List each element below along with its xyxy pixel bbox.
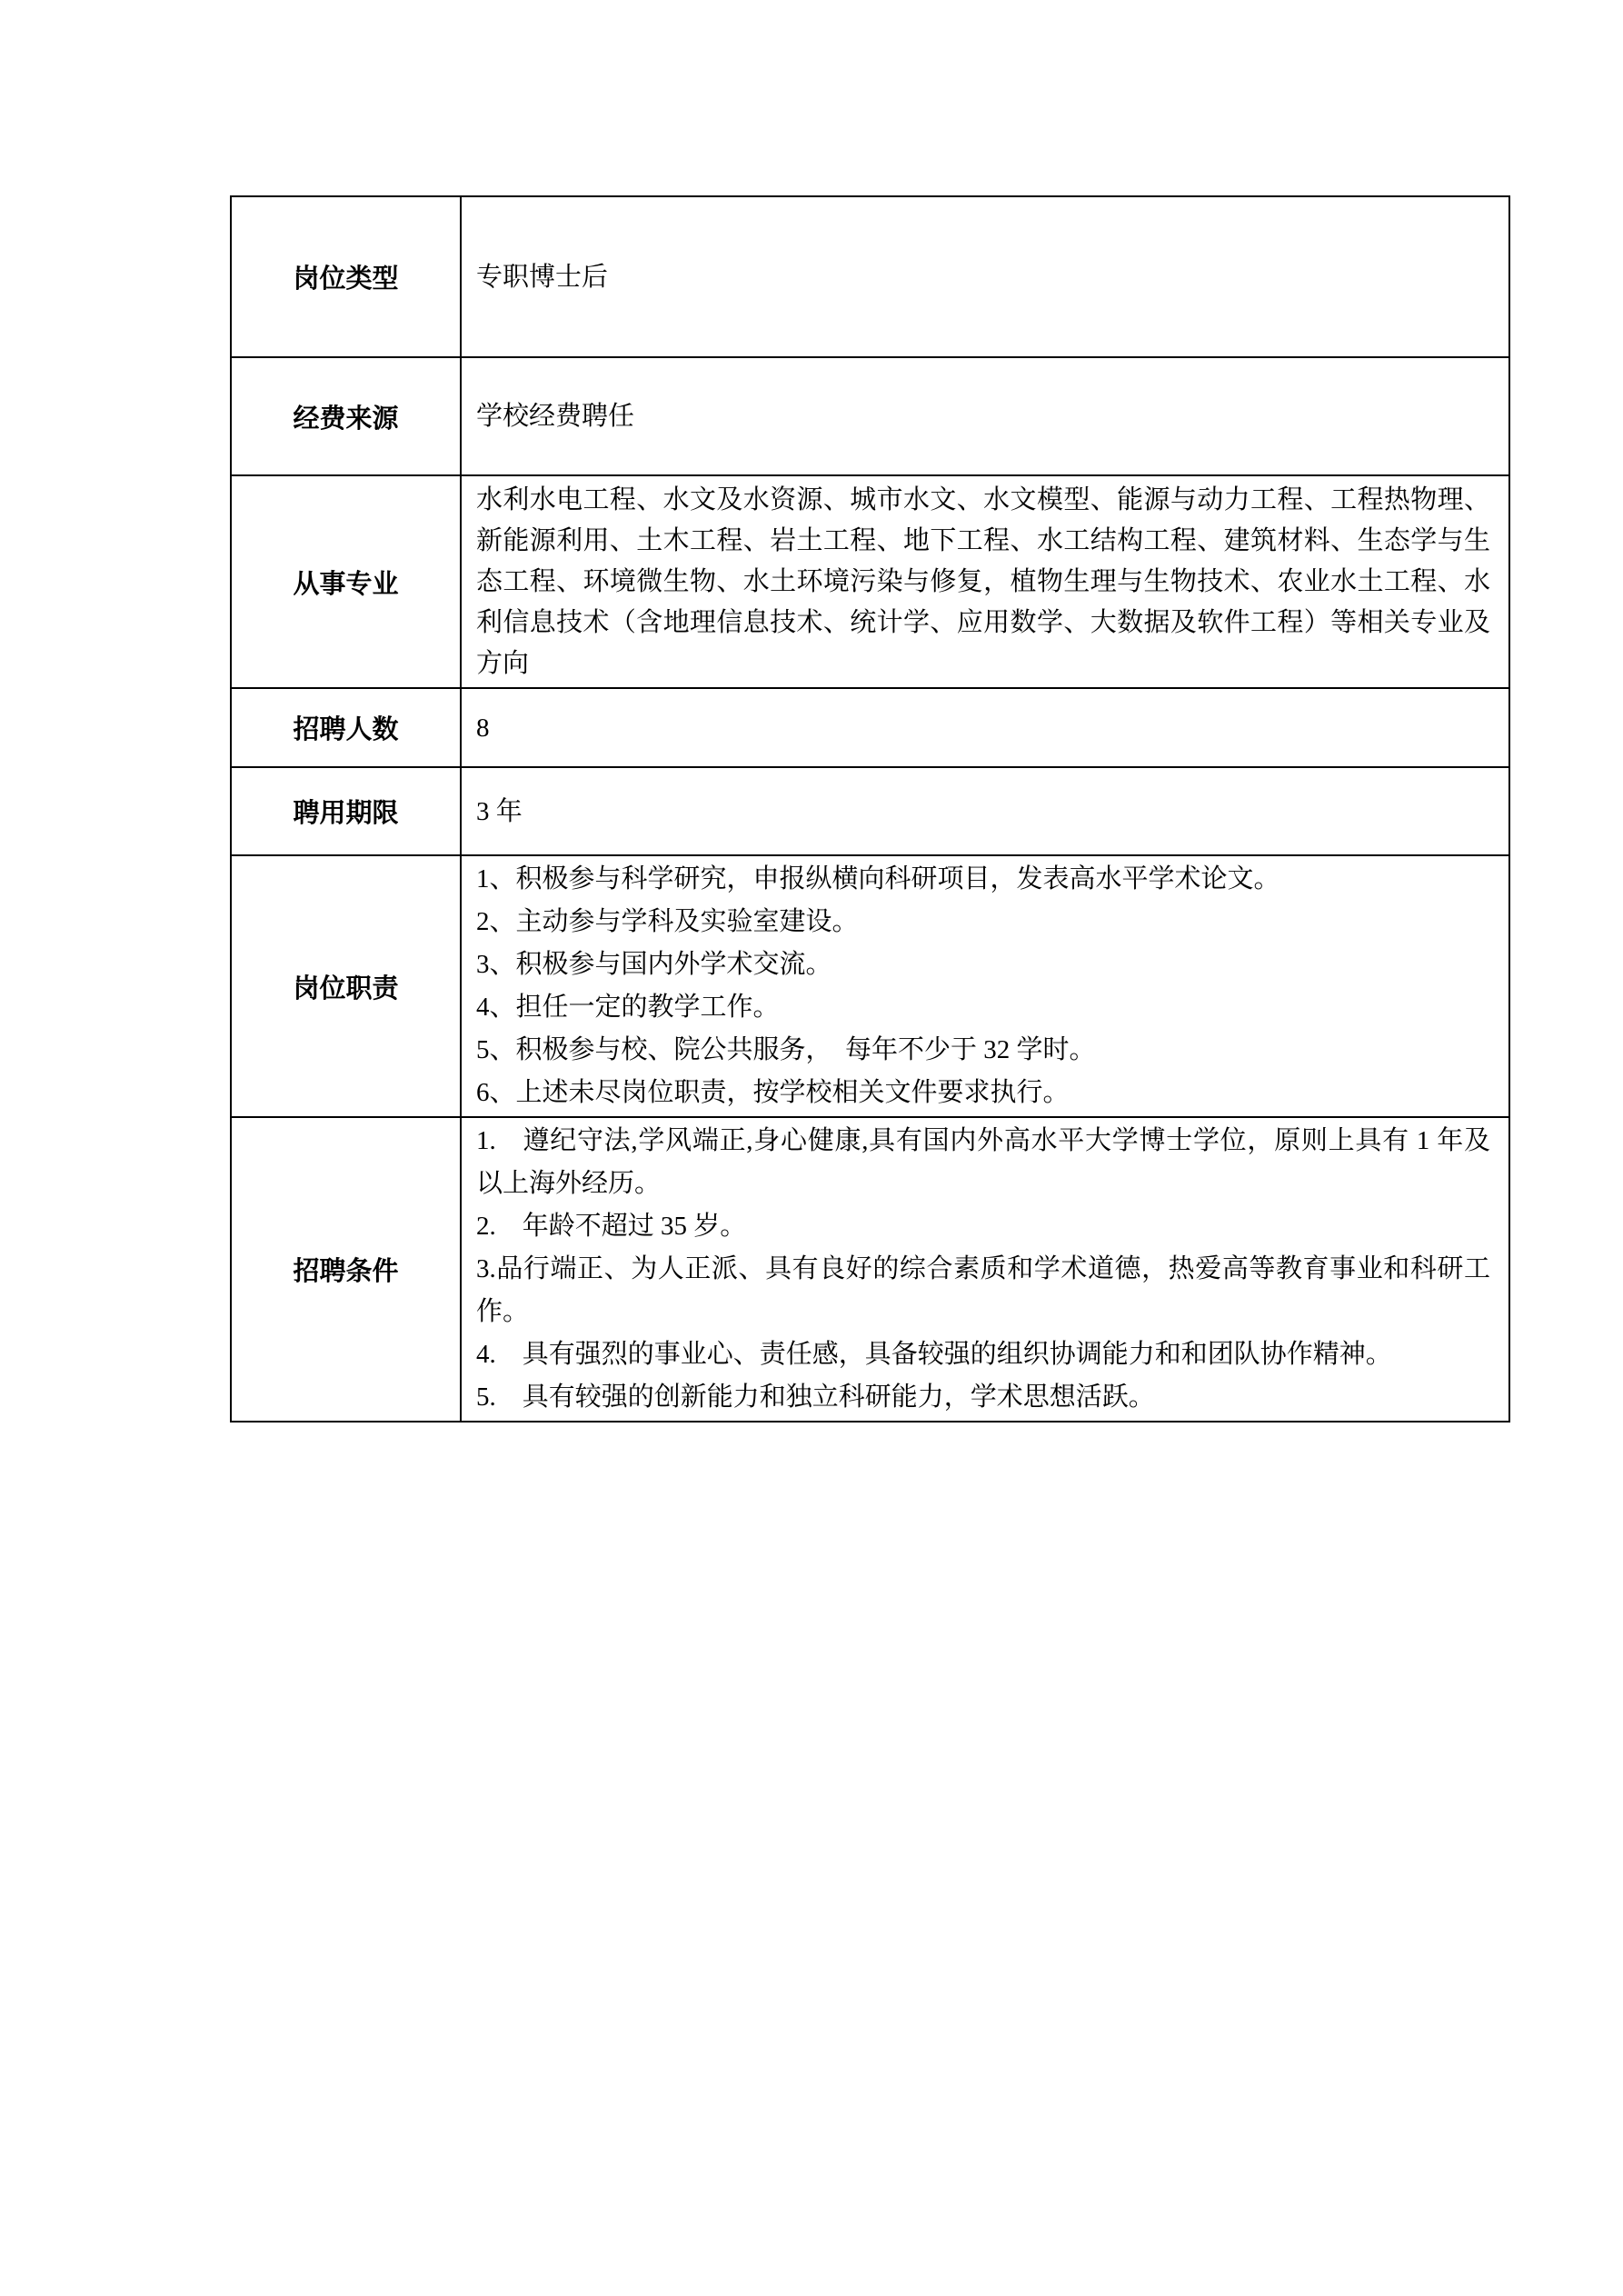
content-line: 1. 遵纪守法,学风端正,身心健康,具有国内外高水平大学博士学位，原则上具有 1… <box>476 1120 1490 1205</box>
content-line: 1、积极参与科学研究，申报纵横向科研项目，发表高水平学术论文。 <box>476 858 1490 901</box>
row-label: 岗位类型 <box>231 196 461 357</box>
content-line: 4. 具有强烈的事业心、责任感，具备较强的组织协调能力和和团队协作精神。 <box>476 1333 1490 1376</box>
document-page: 岗位类型 专职博士后 经费来源 学校经费聘任 从事专业 水利水电工程、水文及水资… <box>0 0 1623 2296</box>
row-label: 聘用期限 <box>231 767 461 855</box>
row-label: 岗位职责 <box>231 855 461 1117</box>
table-row: 从事专业 水利水电工程、水文及水资源、城市水文、水文模型、能源与动力工程、工程热… <box>231 475 1509 688</box>
content-line: 2、主动参与学科及实验室建设。 <box>476 901 1490 943</box>
content-line: 水利水电工程、水文及水资源、城市水文、水文模型、能源与动力工程、工程热物理、新能… <box>476 480 1490 684</box>
content-line: 4、担任一定的教学工作。 <box>476 986 1490 1029</box>
content-line: 5、积极参与校、院公共服务， 每年不少于 32 学时。 <box>476 1029 1490 1072</box>
table-row: 招聘人数 8 <box>231 688 1509 767</box>
row-content: 1、积极参与科学研究，申报纵横向科研项目，发表高水平学术论文。2、主动参与学科及… <box>461 855 1509 1117</box>
table-row: 岗位职责 1、积极参与科学研究，申报纵横向科研项目，发表高水平学术论文。2、主动… <box>231 855 1509 1117</box>
row-label: 经费来源 <box>231 357 461 475</box>
job-posting-table: 岗位类型 专职博士后 经费来源 学校经费聘任 从事专业 水利水电工程、水文及水资… <box>230 195 1510 1423</box>
row-content: 水利水电工程、水文及水资源、城市水文、水文模型、能源与动力工程、工程热物理、新能… <box>461 475 1509 688</box>
row-content: 专职博士后 <box>461 196 1509 357</box>
row-label: 招聘人数 <box>231 688 461 767</box>
row-content: 3 年 <box>461 767 1509 855</box>
row-label: 招聘条件 <box>231 1117 461 1422</box>
content-line: 3、积极参与国内外学术交流。 <box>476 943 1490 986</box>
table-row: 岗位类型 专职博士后 <box>231 196 1509 357</box>
content-line: 学校经费聘任 <box>476 396 1490 436</box>
content-line: 2. 年龄不超过 35 岁。 <box>476 1205 1490 1248</box>
content-line: 3 年 <box>476 792 1490 832</box>
content-line: 3.品行端正、为人正派、具有良好的综合素质和学术道德，热爱高等教育事业和科研工作… <box>476 1248 1490 1333</box>
content-line: 5. 具有较强的创新能力和独立科研能力，学术思想活跃。 <box>476 1376 1490 1419</box>
row-content: 1. 遵纪守法,学风端正,身心健康,具有国内外高水平大学博士学位，原则上具有 1… <box>461 1117 1509 1422</box>
table-row: 聘用期限 3 年 <box>231 767 1509 855</box>
table-row: 经费来源 学校经费聘任 <box>231 357 1509 475</box>
job-table-body: 岗位类型 专职博士后 经费来源 学校经费聘任 从事专业 水利水电工程、水文及水资… <box>231 196 1509 1422</box>
row-content: 学校经费聘任 <box>461 357 1509 475</box>
row-content: 8 <box>461 688 1509 767</box>
content-line: 专职博士后 <box>476 257 1490 297</box>
table-row: 招聘条件 1. 遵纪守法,学风端正,身心健康,具有国内外高水平大学博士学位，原则… <box>231 1117 1509 1422</box>
content-line: 6、上述未尽岗位职责，按学校相关文件要求执行。 <box>476 1072 1490 1114</box>
content-line: 8 <box>476 708 1490 748</box>
row-label: 从事专业 <box>231 475 461 688</box>
